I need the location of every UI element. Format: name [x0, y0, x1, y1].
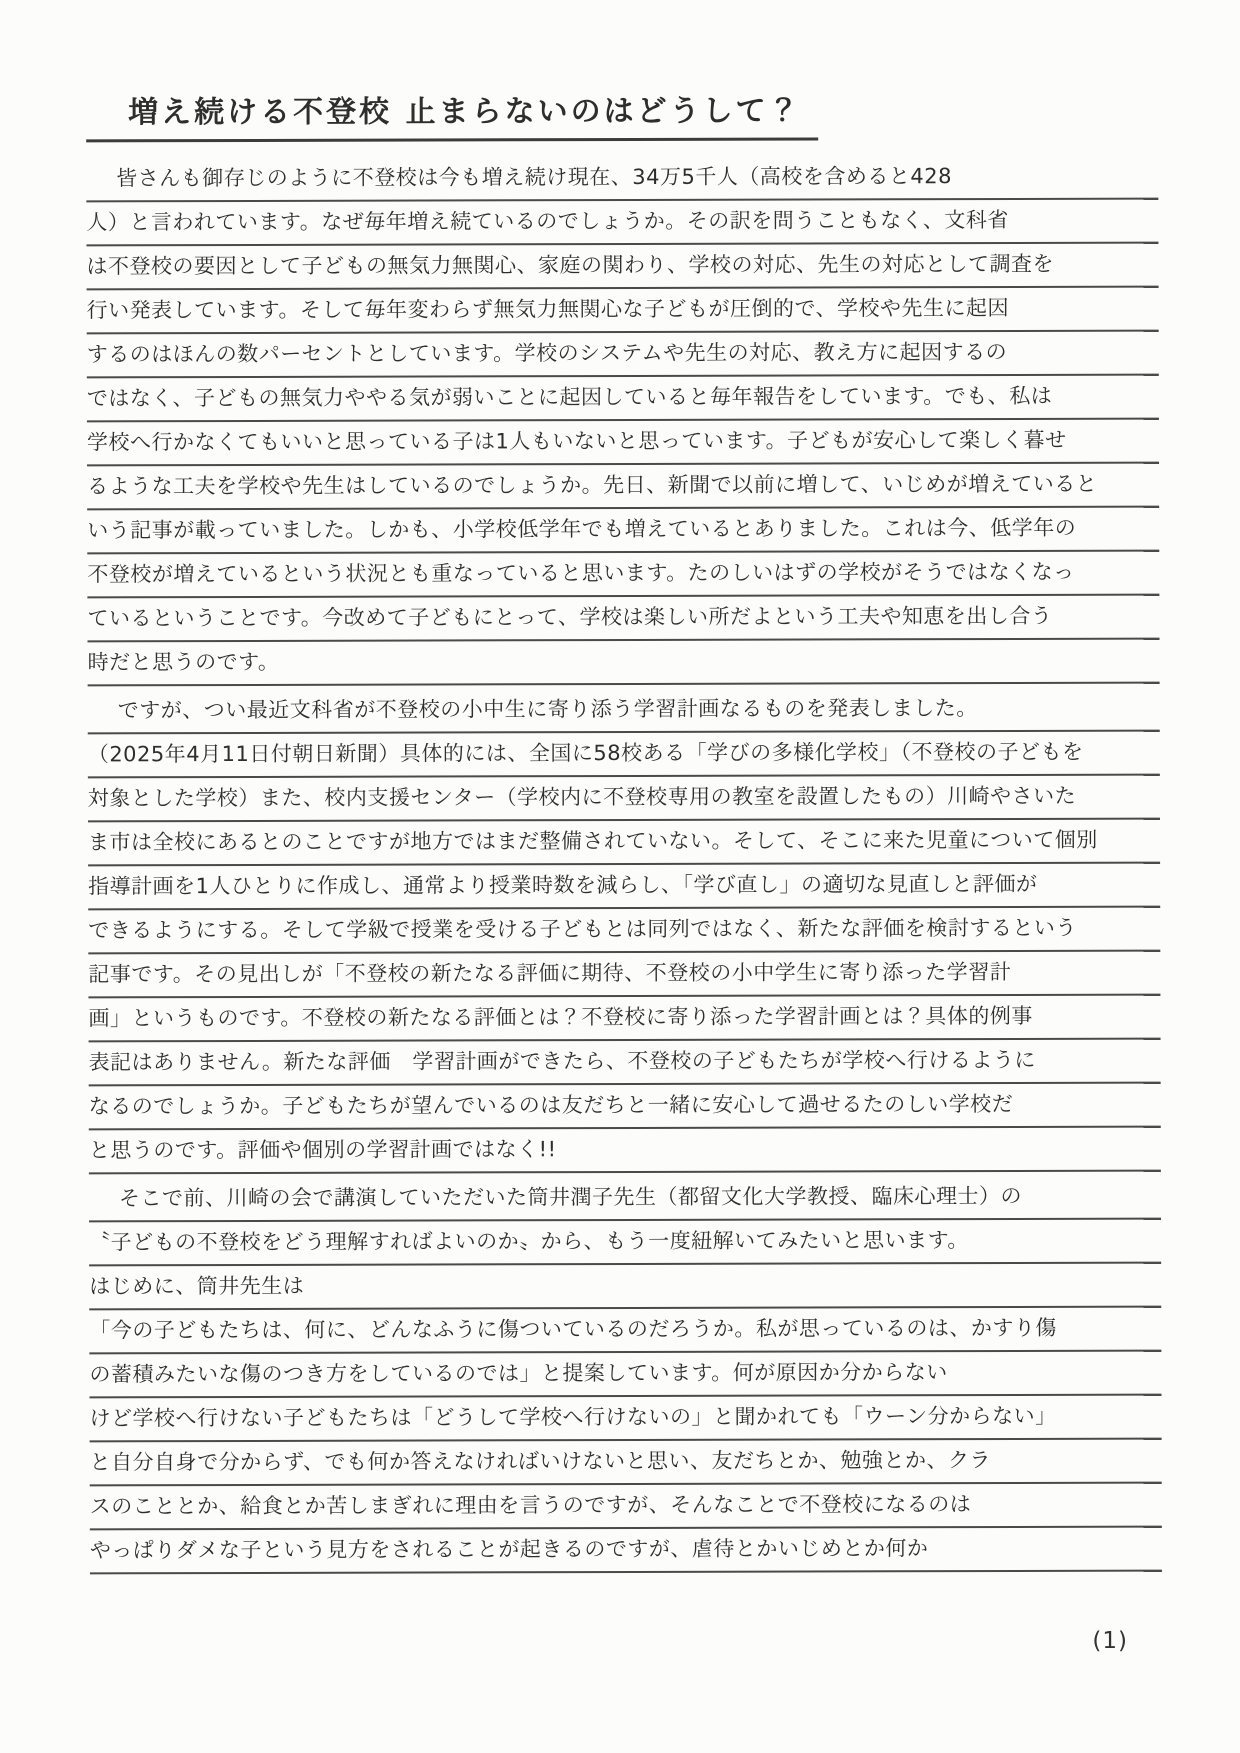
- document-line: （2025年4月11日付朝日新聞）具体的には、全国に58校ある「学びの多様化学校…: [88, 732, 1160, 779]
- document-line: できるようにする。そして学級で授業を受ける子どもとは同列ではなく、新たな評価を検…: [88, 908, 1160, 955]
- document-line: 指導計画を1人ひとりに作成し、通常より授業時数を減らし、「学び直し」の適切な見直…: [88, 864, 1160, 911]
- document-line: はじめに、筒井先生は: [89, 1264, 1161, 1311]
- document-line: ではなく、子どもの無気力ややる気が弱いことに起因していると毎年報告をしています。…: [87, 376, 1159, 423]
- document-line: 人）と言われています。なぜ毎年増え続ているのでしょうか。その訳を問うこともなく、…: [86, 200, 1158, 247]
- document-line: 時だと思うのです。: [88, 640, 1160, 687]
- document-line: るような工夫を学校や先生はしているのでしょうか。先日、新聞で以前に増して、いじめ…: [87, 464, 1159, 511]
- document-line: と思うのです。評価や個別の学習計画ではなく!!: [89, 1128, 1161, 1175]
- document-line: なるのでしょうか。子どもたちが望んでいるのは友だちと一緒に安心して過せるたのしい…: [89, 1084, 1161, 1131]
- document-line: 対象とした学校）また、校内支援センター（学校内に不登校専用の教室を設置したもの）…: [88, 776, 1160, 823]
- document-line: するのはほんの数パーセントとしています。学校のシステムや先生の対応、教え方に起因…: [87, 332, 1159, 379]
- document-line: 皆さんも御存じのように不登校は今も増え続け現在、34万5千人（高校を含めると42…: [86, 156, 1158, 203]
- document-title: 増え続ける不登校 止まらないのはどうして？: [86, 85, 818, 142]
- document-line: ているということです。今改めて子どもにとって、学校は楽しい所だよという工夫や知恵…: [87, 596, 1159, 643]
- document-line: そこで前、川崎の会で講演していただいた筒井潤子先生（都留文化大学教授、臨床心理士…: [89, 1176, 1161, 1223]
- document-line: 「今の子どもたちは、何に、どんなふうに傷ついているのだろうか。私が思っているのは…: [89, 1308, 1161, 1355]
- document-line: 〝子どもの不登校をどう理解すればよいのか〟から、もう一度紐解いてみたいと思います…: [89, 1220, 1161, 1267]
- document-line: 表記はありません。新たな評価 学習計画ができたら、不登校の子どもたちが学校へ行け…: [89, 1040, 1161, 1087]
- document-line: 画」というものです。不登校の新たなる評価とは？不登校に寄り添った学習計画とは？具…: [88, 996, 1160, 1043]
- document-line: ま市は全校にあるとのことですが地方ではまだ整備されていない。そして、そこに来た児…: [88, 820, 1160, 867]
- document-line: 学校へ行かなくてもいいと思っている子は1人もいないと思っています。子どもが安心し…: [87, 420, 1159, 467]
- page-number: (1): [1092, 1628, 1128, 1654]
- document-line: やっぱりダメな子という見方をされることが起きるのですが、虐待とかいじめとか何か: [90, 1528, 1162, 1575]
- document-line: の蓄積みたいな傷のつき方をしているのでは」と提案しています。何が原因か分からない: [89, 1352, 1161, 1399]
- document-line: は不登校の要因として子どもの無気力無関心、家庭の関わり、学校の対応、先生の対応と…: [86, 244, 1158, 291]
- document-line: いう記事が載っていました。しかも、小学校低学年でも増えているとありました。これは…: [87, 508, 1159, 555]
- document-line: 記事です。その見出しが「不登校の新たなる評価に期待、不登校の小中学生に寄り添った…: [88, 952, 1160, 999]
- document-line: スのこととか、給食とか苦しまぎれに理由を言うのですが、そんなことで不登校になるの…: [90, 1484, 1162, 1531]
- document-line: 行い発表しています。そして毎年変わらず無気力無関心な子どもが圧倒的で、学校や先生…: [87, 288, 1159, 335]
- document-line: 不登校が増えているという状況とも重なっていると思います。たのしいはずの学校がそう…: [87, 552, 1159, 599]
- document-line: ですが、つい最近文科省が不登校の小中生に寄り添う学習計画なるものを発表しました。: [88, 688, 1160, 735]
- document-body: 増え続ける不登校 止まらないのはどうして？ 皆さんも御存じのように不登校は今も増…: [86, 85, 1162, 1575]
- document-line: けど学校へ行けない子どもたちは「どうして学校へ行けないの」と聞かれても「ウーン分…: [89, 1396, 1161, 1443]
- document-line: と自分自身で分からず、でも何か答えなければいけないと思い、友だちとか、勉強とか、…: [90, 1440, 1162, 1487]
- scanned-document-page: 増え続ける不登校 止まらないのはどうして？ 皆さんも御存じのように不登校は今も増…: [0, 0, 1240, 1753]
